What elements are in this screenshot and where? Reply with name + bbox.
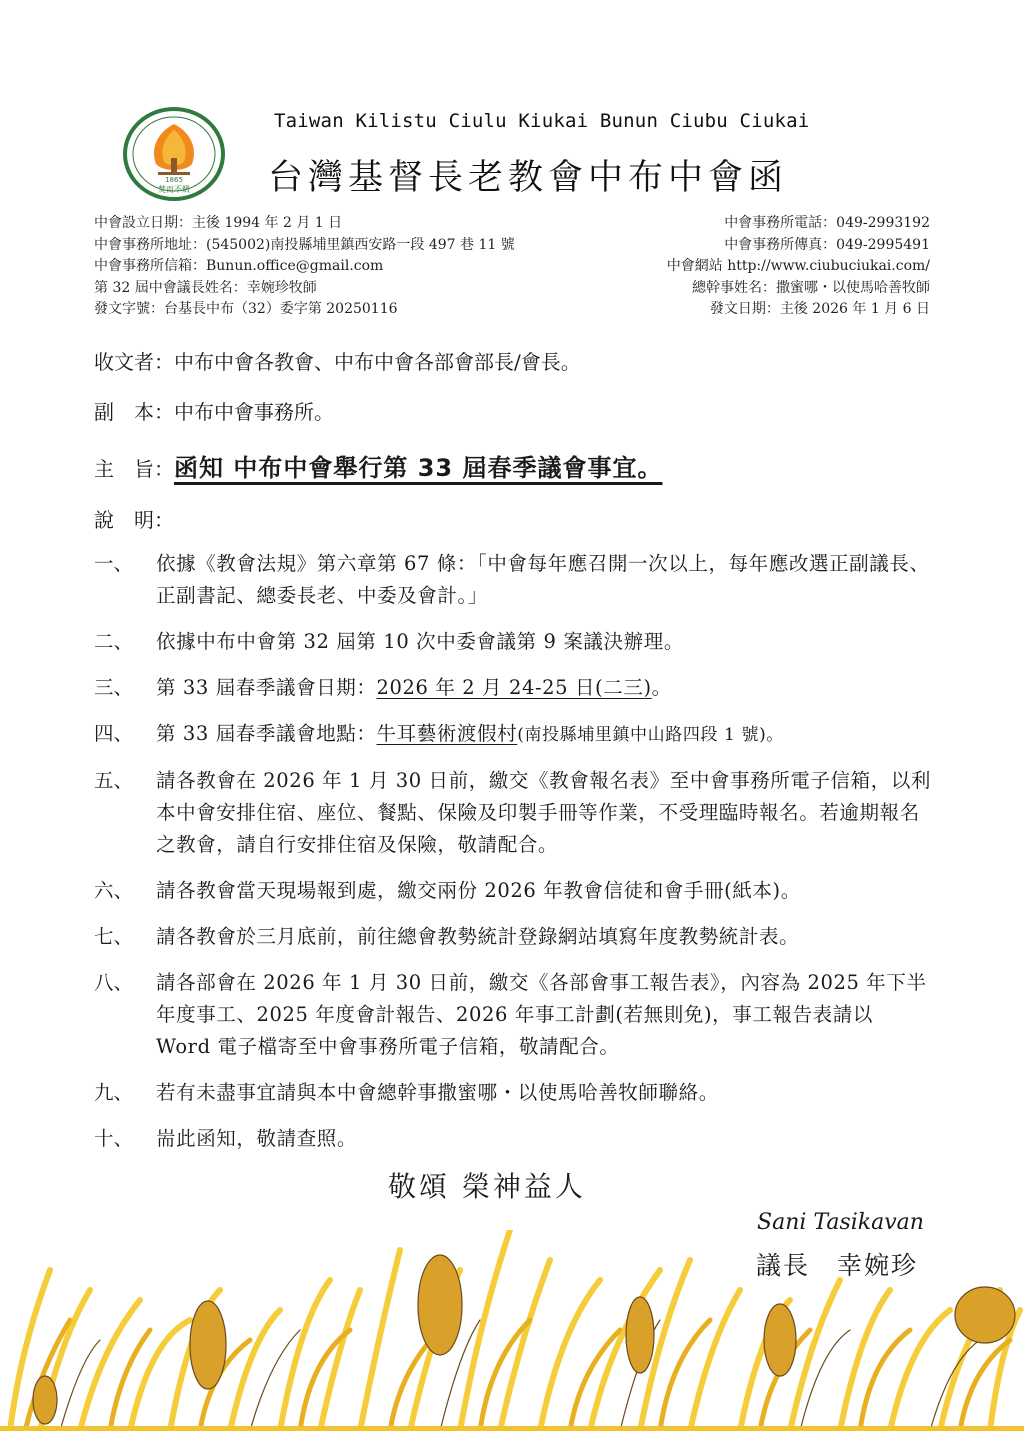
- closing-salutation: 敬頌 榮神益人: [388, 1165, 586, 1205]
- meta-office-email: 中會事務所信箱：Bunun.office@gmail.com: [94, 256, 515, 278]
- explanation-list: 一、依據《教會法規》第六章第 67 條：「中會每年應召開一次以上，每年應改選正副…: [94, 548, 934, 1169]
- list-item: 五、請各教會在 2026 年 1 月 30 日前，繳交《教會報名表》至中會事務所…: [94, 765, 934, 861]
- list-item: 一、依據《教會法規》第六章第 67 條：「中會每年應召開一次以上，每年應改選正副…: [94, 548, 934, 612]
- subject-value: 函知 中布中會舉行第 33 屆春季議會事宜。: [174, 454, 662, 482]
- meeting-date: 2026 年 2 月 24-25 日(二三): [377, 676, 652, 699]
- list-item: 七、請各教會於三月底前，前往總會教勢統計登錄網站填寫年度教勢統計表。: [94, 921, 934, 953]
- list-item: 六、請各教會當天現場報到處，繳交兩份 2026 年教會信徒和會手冊(紙本)。: [94, 875, 934, 907]
- list-item: 二、依據中布中會第 32 屆第 10 次中委會議第 9 案議決辦理。: [94, 626, 934, 658]
- meeting-venue: 牛耳藝術渡假村: [377, 722, 518, 745]
- meta-general-secretary: 總幹事姓名：撒蜜哪・以使馬哈善牧師: [667, 278, 930, 300]
- copy-line: 副 本：中布中會事務所。: [94, 396, 334, 425]
- subject-label: 主 旨：: [94, 457, 174, 481]
- meta-document-number: 發文字號：台基長中布（32）委字第 20250116: [94, 299, 515, 321]
- title-english: Taiwan Kilistu Ciulu Kiukai Bunun Ciubu …: [274, 110, 809, 132]
- meta-issue-date: 發文日期：主後 2026 年 1 月 6 日: [667, 299, 930, 321]
- meta-left-block: 中會設立日期：主後 1994 年 2 月 1 日 中會事務所地址：(545002…: [94, 213, 515, 321]
- svg-text:焚而不燬: 焚而不燬: [158, 184, 190, 194]
- meta-office-fax: 中會事務所傳真：049-2995491: [667, 235, 930, 257]
- recipients-value: 中布中會各教會、中布中會各部會部長/會長。: [174, 350, 581, 374]
- meta-office-phone: 中會事務所電話：049-2993192: [667, 213, 930, 235]
- rice-field-icon: [0, 1230, 1024, 1431]
- recipients-label: 收文者：: [94, 350, 174, 374]
- meta-established-date: 中會設立日期：主後 1994 年 2 月 1 日: [94, 213, 515, 235]
- list-item: 十、耑此函知，敬請查照。: [94, 1123, 934, 1155]
- meta-right-block: 中會事務所電話：049-2993192 中會事務所傳真：049-2995491 …: [667, 213, 930, 321]
- list-item: 四、第 33 屆春季議會地點：牛耳藝術渡假村(南投縣埔里鎮中山路四段 1 號)。: [94, 718, 934, 751]
- list-item: 三、第 33 屆春季議會日期：2026 年 2 月 24-25 日(二三)。: [94, 672, 934, 704]
- copy-value: 中布中會事務所。: [174, 400, 334, 424]
- explanation-label: 說 明：: [94, 504, 174, 533]
- meta-moderator-name: 第 32 屆中會議長姓名：幸婉珍牧師: [94, 278, 515, 300]
- title-chinese: 台灣基督長老教會中布中會函: [268, 150, 788, 200]
- church-logo-icon: 1865 焚而不燬: [122, 106, 226, 202]
- meta-website: 中會網站 http://www.ciubuciukai.com/: [667, 256, 930, 278]
- copy-label: 副 本：: [94, 400, 174, 424]
- list-item: 九、若有未盡事宜請與本中會總幹事撒蜜哪・以使馬哈善牧師聯絡。: [94, 1077, 934, 1109]
- svg-text:1865: 1865: [165, 176, 183, 184]
- recipients-line: 收文者：中布中會各教會、中布中會各部會部長/會長。: [94, 346, 581, 375]
- list-item: 八、請各部會在 2026 年 1 月 30 日前，繳交《各部會事工報告表》，內容…: [94, 967, 934, 1063]
- subject-line: 主 旨：函知 中布中會舉行第 33 屆春季議會事宜。: [94, 448, 662, 483]
- meta-office-address: 中會事務所地址：(545002)南投縣埔里鎮西安路一段 497 巷 11 號: [94, 235, 515, 257]
